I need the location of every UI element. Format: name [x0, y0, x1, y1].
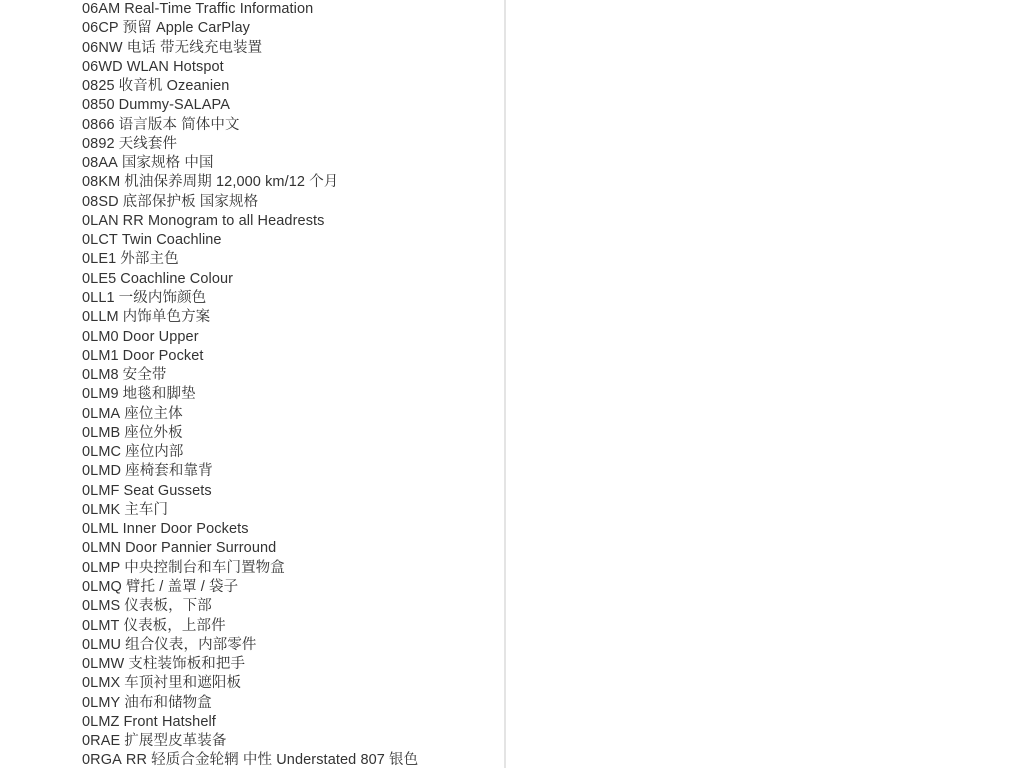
- option-description: 外部主色: [120, 251, 178, 267]
- option-code-row: 0LMQ臂托 / 盖罩 / 袋子: [82, 578, 502, 597]
- vertical-pane-divider: [504, 0, 506, 768]
- option-code: 0LMW: [82, 656, 124, 672]
- option-code: 0LMZ: [82, 714, 119, 730]
- option-code: 0RAE: [82, 733, 120, 749]
- option-description: Door Pannier Surround: [125, 540, 276, 556]
- option-code-row: 0LMX车顶衬里和遮阳板: [82, 674, 502, 693]
- option-code-row: 0LMT仪表板，上部件: [82, 617, 502, 636]
- option-description: 座位内部: [125, 444, 183, 460]
- option-code-row: 0LM8安全带: [82, 366, 502, 385]
- option-code-row: 0LMZFront Hatshelf: [82, 713, 502, 732]
- option-code-row: 0LMC座位内部: [82, 443, 502, 462]
- option-code: 0LMB: [82, 425, 120, 441]
- vehicle-option-code-list: 06AMReal-Time Traffic Information06CP预留 …: [82, 0, 502, 768]
- option-code: 0866: [82, 117, 115, 133]
- option-description: Seat Gussets: [123, 483, 211, 499]
- option-code-row: 0LE5Coachline Colour: [82, 270, 502, 289]
- option-description: 收音机 Ozeanien: [119, 78, 230, 94]
- option-code: 08KM: [82, 174, 120, 190]
- option-code: 0LM0: [82, 329, 119, 345]
- option-code: 0LE5: [82, 271, 116, 287]
- option-description: 座位主体: [124, 406, 182, 422]
- option-code: 0LE1: [82, 251, 116, 267]
- option-code-row: 0LL1一级内饰颜色: [82, 289, 502, 308]
- option-description: 内饰单色方案: [123, 309, 211, 325]
- option-code: 0RGA: [82, 752, 122, 768]
- option-description: 国家规格 中国: [122, 155, 214, 171]
- option-description: Real-Time Traffic Information: [124, 1, 313, 17]
- option-description: Door Upper: [123, 329, 199, 345]
- option-description: Dummy-SALAPA: [119, 97, 230, 113]
- option-description: 一级内饰颜色: [119, 290, 207, 306]
- option-description: Front Hatshelf: [123, 714, 215, 730]
- option-code: 06CP: [82, 20, 119, 36]
- option-code-row: 0LMLInner Door Pockets: [82, 520, 502, 539]
- option-code: 0LMT: [82, 618, 119, 634]
- option-code: 0LMQ: [82, 579, 122, 595]
- option-code-row: 06WDWLAN Hotspot: [82, 58, 502, 77]
- option-description: 机油保养周期 12,000 km/12 个月: [124, 174, 338, 190]
- option-description: 仪表板，下部: [124, 598, 212, 614]
- option-description: 扩展型皮革装备: [124, 733, 226, 749]
- option-description: RR 轻质合金轮辋 中性 Understated 807 银色: [126, 752, 418, 768]
- option-code-row: 06NW电话 带无线充电装置: [82, 39, 502, 58]
- option-description: 组合仪表，内部零件: [125, 637, 256, 653]
- option-code: 0LMX: [82, 675, 120, 691]
- option-code: 0LL1: [82, 290, 115, 306]
- option-code-row: 0LM9地毯和脚垫: [82, 385, 502, 404]
- option-code-row: 08KM机油保养周期 12,000 km/12 个月: [82, 173, 502, 192]
- option-code: 0LMK: [82, 502, 120, 518]
- option-code-row: 0LMK主车门: [82, 501, 502, 520]
- option-code-row: 0825收音机 Ozeanien: [82, 77, 502, 96]
- option-code-row: 0850Dummy-SALAPA: [82, 96, 502, 115]
- option-code-row: 0LM1Door Pocket: [82, 347, 502, 366]
- option-description: 预留 Apple CarPlay: [123, 20, 250, 36]
- option-code-row: 0LE1外部主色: [82, 250, 502, 269]
- option-description: Coachline Colour: [120, 271, 233, 287]
- option-code-row: 0LMU组合仪表，内部零件: [82, 636, 502, 655]
- option-code: 0LCT: [82, 232, 118, 248]
- option-description: 仪表板，上部件: [123, 618, 225, 634]
- option-code-row: 0LMB座位外板: [82, 424, 502, 443]
- option-code: 0LM9: [82, 386, 119, 402]
- option-code: 0LM1: [82, 348, 119, 364]
- option-code-row: 0RAE扩展型皮革装备: [82, 732, 502, 751]
- option-code: 0892: [82, 136, 115, 152]
- option-code: 0LMP: [82, 560, 120, 576]
- option-code-row: 08AA国家规格 中国: [82, 154, 502, 173]
- option-code-row: 0LMP中央控制台和车门置物盒: [82, 559, 502, 578]
- option-code: 0LMA: [82, 406, 120, 422]
- option-code-row: 06CP预留 Apple CarPlay: [82, 19, 502, 38]
- option-description: 中央控制台和车门置物盒: [124, 560, 285, 576]
- option-code: 0LMC: [82, 444, 121, 460]
- option-code: 0LLM: [82, 309, 119, 325]
- option-code-row: 0LANRR Monogram to all Headrests: [82, 212, 502, 231]
- option-code: 0LMN: [82, 540, 121, 556]
- option-code: 0LMS: [82, 598, 120, 614]
- option-description: 电话 带无线充电装置: [127, 40, 263, 56]
- option-description: Inner Door Pockets: [123, 521, 249, 537]
- option-description: 安全带: [123, 367, 167, 383]
- option-code-row: 0LMD座椅套和靠背: [82, 462, 502, 481]
- option-description: 油布和储物盒: [124, 695, 212, 711]
- option-code-row: 06AMReal-Time Traffic Information: [82, 0, 502, 19]
- option-code: 08AA: [82, 155, 118, 171]
- option-description: 支柱装饰板和把手: [128, 656, 245, 672]
- option-code-row: 0LMA座位主体: [82, 405, 502, 424]
- option-description: 主车门: [124, 502, 168, 518]
- option-description: 座椅套和靠背: [125, 463, 213, 479]
- option-code-row: 0LMY油布和储物盒: [82, 694, 502, 713]
- option-code: 06AM: [82, 1, 120, 17]
- option-description: RR Monogram to all Headrests: [123, 213, 325, 229]
- option-code-row: 0LCTTwin Coachline: [82, 231, 502, 250]
- option-code-row: 0LM0Door Upper: [82, 328, 502, 347]
- option-code-row: 0LLM内饰单色方案: [82, 308, 502, 327]
- option-code-row: 0892天线套件: [82, 135, 502, 154]
- option-description: WLAN Hotspot: [127, 59, 224, 75]
- option-code: 0LM8: [82, 367, 119, 383]
- option-code: 08SD: [82, 194, 119, 210]
- option-code-row: 0866语言版本 简体中文: [82, 116, 502, 135]
- option-code: 06WD: [82, 59, 123, 75]
- option-description: 地毯和脚垫: [123, 386, 196, 402]
- option-description: 天线套件: [119, 136, 177, 152]
- option-code-row: 08SD底部保护板 国家规格: [82, 193, 502, 212]
- option-code: 0825: [82, 78, 115, 94]
- option-description: Twin Coachline: [122, 232, 222, 248]
- option-description: 语言版本 简体中文: [119, 117, 240, 133]
- option-code: 0LMD: [82, 463, 121, 479]
- option-code: 0LAN: [82, 213, 119, 229]
- option-description: 臂托 / 盖罩 / 袋子: [126, 579, 238, 595]
- option-code: 0LML: [82, 521, 119, 537]
- option-code: 0LMY: [82, 695, 120, 711]
- option-description: 底部保护板 国家规格: [123, 194, 259, 210]
- option-description: 座位外板: [124, 425, 182, 441]
- option-code-row: 0LMFSeat Gussets: [82, 482, 502, 501]
- option-description: Door Pocket: [123, 348, 204, 364]
- option-code: 0850: [82, 97, 115, 113]
- option-code-row: 0LMW支柱装饰板和把手: [82, 655, 502, 674]
- option-code-row: 0RGARR 轻质合金轮辋 中性 Understated 807 银色: [82, 751, 502, 768]
- option-code-row: 0LMNDoor Pannier Surround: [82, 539, 502, 558]
- option-description: 车顶衬里和遮阳板: [124, 675, 241, 691]
- option-code: 0LMF: [82, 483, 119, 499]
- option-code: 0LMU: [82, 637, 121, 653]
- option-code-row: 0LMS仪表板，下部: [82, 597, 502, 616]
- option-code: 06NW: [82, 40, 123, 56]
